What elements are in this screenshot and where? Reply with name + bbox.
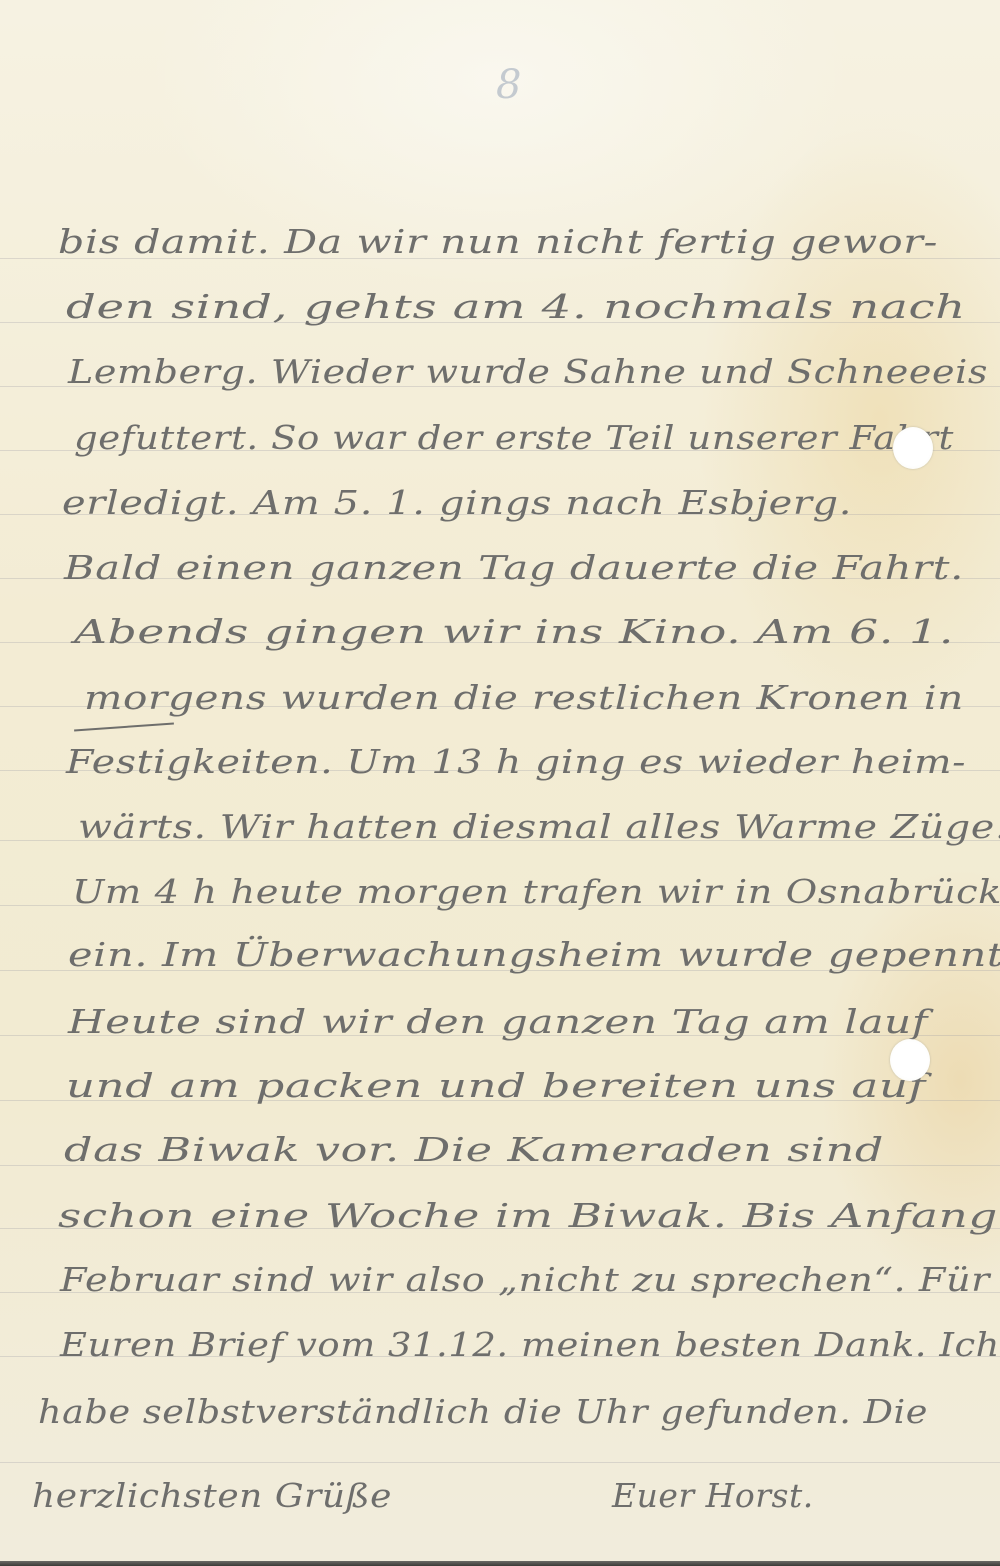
- letter-line: Bald einen ganzen Tag dauerte die Fahrt.: [0, 548, 1000, 608]
- letter-line-text: schon eine Woche im Biwak. Bis Anfang: [58, 1196, 998, 1235]
- letter-line-text: morgens wurden die restlichen Kronen in: [84, 678, 964, 717]
- letter-line-text: Festigkeiten. Um 13 h ging es wieder hei…: [66, 742, 966, 781]
- letter-line-text: bis damit. Da wir nun nicht fertig gewor…: [58, 222, 938, 261]
- signature: Euer Horst.: [612, 1476, 814, 1515]
- letter-line-text: und am packen und bereiten uns auf: [66, 1066, 926, 1105]
- letter-line: den sind, gehts am 4. nochmals nach: [0, 287, 1000, 347]
- letter-line: habe selbstverständlich die Uhr gefunden…: [0, 1392, 1000, 1452]
- letter-line: morgens wurden die restlichen Kronen in: [0, 678, 1000, 738]
- letter-line-text: Februar sind wir also „nicht zu sprechen…: [60, 1260, 990, 1299]
- letter-line-text: Lemberg. Wieder wurde Sahne und Schneeei…: [68, 352, 988, 391]
- letter-line: das Biwak vor. Die Kameraden sind: [0, 1130, 1000, 1190]
- letter-line-text: Abends gingen wir ins Kino. Am 6. 1.: [74, 612, 954, 651]
- letter-line: Euren Brief vom 31.12. meinen besten Dan…: [0, 1325, 1000, 1385]
- letter-line: Februar sind wir also „nicht zu sprechen…: [0, 1260, 1000, 1320]
- letter-line-text: erledigt. Am 5. 1. gings nach Esbjerg.: [62, 483, 852, 522]
- letter-line-text: Um 4 h heute morgen trafen wir in Osnabr…: [72, 872, 1000, 911]
- letter-line: Heute sind wir den ganzen Tag am lauf: [0, 1002, 1000, 1062]
- letter-line: gefuttert. So war der erste Teil unserer…: [0, 418, 1000, 478]
- letter-line: Um 4 h heute morgen trafen wir in Osnabr…: [0, 872, 1000, 932]
- letter-line: Lemberg. Wieder wurde Sahne und Schneeei…: [0, 352, 1000, 412]
- letter-line: Festigkeiten. Um 13 h ging es wieder hei…: [0, 742, 1000, 802]
- letter-line: schon eine Woche im Biwak. Bis Anfang: [0, 1196, 1000, 1256]
- punch-hole: [890, 1039, 930, 1081]
- ruled-line: [0, 1462, 1000, 1463]
- letter-line: wärts. Wir hatten diesmal alles Warme Zü…: [0, 807, 1000, 867]
- signature-line: Euer Horst.: [0, 1476, 1000, 1536]
- letter-line: Abends gingen wir ins Kino. Am 6. 1.: [0, 612, 1000, 672]
- letter-line-text: ein. Im Überwachungsheim wurde gepennt.: [68, 935, 1000, 974]
- letter-line: und am packen und bereiten uns auf: [0, 1066, 1000, 1126]
- letter-line: ein. Im Überwachungsheim wurde gepennt.: [0, 935, 1000, 995]
- scan-bottom-edge: [0, 1561, 1000, 1566]
- letter-line-text: gefuttert. So war der erste Teil unserer…: [74, 418, 954, 457]
- letter-line-text: Heute sind wir den ganzen Tag am lauf: [68, 1002, 928, 1041]
- letter-line-text: Bald einen ganzen Tag dauerte die Fahrt.: [64, 548, 964, 587]
- letter-line-text: habe selbstverständlich die Uhr gefunden…: [38, 1392, 928, 1431]
- letter-line-text: Euren Brief vom 31.12. meinen besten Dan…: [60, 1325, 1000, 1364]
- letter-line: erledigt. Am 5. 1. gings nach Esbjerg.: [0, 483, 1000, 543]
- page-number: 8: [496, 62, 521, 108]
- punch-hole: [893, 427, 933, 469]
- letter-line-text: den sind, gehts am 4. nochmals nach: [66, 287, 966, 326]
- letter-line: bis damit. Da wir nun nicht fertig gewor…: [0, 222, 1000, 282]
- letter-line-text: wärts. Wir hatten diesmal alles Warme Zü…: [78, 807, 1000, 846]
- letter-line-text: das Biwak vor. Die Kameraden sind: [64, 1130, 884, 1169]
